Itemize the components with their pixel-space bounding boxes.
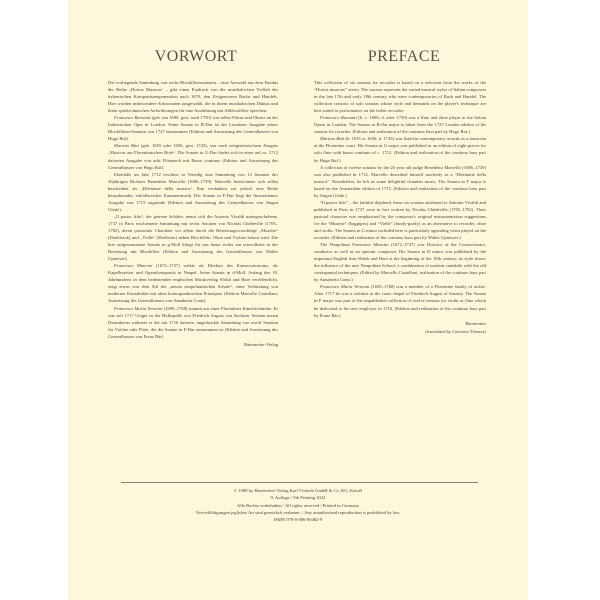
paragraph: Die vorliegende Sammlung von sechs Block… — [108, 79, 278, 114]
imprint: © 1988 by Bärenreiter-Verlag Karl Vötter… — [68, 487, 528, 523]
composer-name: Francesco Maria Veracini — [320, 284, 369, 289]
paragraph-text: A collection of twelve sonatas by the 26… — [314, 165, 486, 198]
paragraph: Francesco Barsanti (geb. um 1690, gest. … — [108, 114, 278, 142]
paragraph: “Il pastor fido” – the faithful shepherd… — [314, 199, 486, 241]
preface-page: VORWORT PREFACE Die vorliegende Sammlung… — [68, 0, 528, 600]
paragraph-text: “Il pastor fido” – the faithful shepherd… — [314, 200, 486, 240]
paragraph-text: The Neapolitan Francesco Mancini (1672–1… — [314, 242, 486, 282]
signature: Bärenreiter-Verlag — [108, 341, 278, 348]
paragraph: Martino Bitti (geb. 1655 oder 1656, gest… — [108, 142, 278, 170]
composer-name: Francesco Maria Veracini — [114, 306, 163, 311]
paragraph-text: Die vorliegende Sammlung von sechs Block… — [108, 80, 278, 113]
paragraph: Francesco Maria Veracini (1690–1768) was… — [314, 283, 486, 318]
heading-vorwort: VORWORT — [106, 48, 286, 66]
paragraph: Francesco Maria Veracini (1690–1768) sta… — [108, 305, 278, 340]
composer-name: Francesco Barsanti — [320, 115, 357, 120]
paragraph: The Neapolitan Francesco Mancini (1672–1… — [314, 241, 486, 283]
imprint-line: 9. Auflage / 9th Printing 2022 — [68, 494, 528, 501]
divider-rule — [121, 482, 478, 483]
composer-name: Martino Bitti — [320, 136, 344, 141]
composer-name: Francesco Barsanti — [114, 115, 150, 120]
paragraph-text: This collection of six sonatas for recor… — [314, 80, 486, 113]
paragraph: Ebenfalls im Jahr 1712 erschien in Vened… — [108, 171, 278, 213]
imprint-line: ISMN 979-0-006-00482-9 — [68, 516, 528, 523]
paragraph: „Il pastor fido“, der getreue Schäfer, n… — [108, 213, 278, 262]
paragraph: Francesco Mancini (1672–1737) wirkte als… — [108, 262, 278, 304]
signature: Bärenreiter — [314, 320, 486, 327]
german-column: Die vorliegende Sammlung von sechs Block… — [108, 79, 278, 348]
composer-name: Martino Bitti — [114, 143, 139, 148]
translator-credit: (translated by Catriona Thomas) — [314, 328, 486, 335]
imprint-line: © 1988 by Bärenreiter-Verlag Karl Vötter… — [68, 487, 528, 494]
paragraph-text: „Il pastor fido“, der getreue Schäfer, n… — [108, 214, 278, 261]
paragraph: A collection of twelve sonatas by the 26… — [314, 164, 486, 199]
imprint-line: Vervielfältigungen jeglicher Art sind ge… — [68, 509, 528, 516]
paragraph: Francesco Barsanti (b. c. 1690; d. after… — [314, 114, 486, 135]
paragraph-text: Ebenfalls im Jahr 1712 erschien in Vened… — [108, 172, 278, 212]
paragraph: This collection of six sonatas for recor… — [314, 79, 486, 114]
imprint-line: Alle Rechte vorbehalten / All rights res… — [68, 502, 528, 509]
composer-name: Francesco Mancini — [114, 263, 152, 268]
paragraph: Martino Bitti (b. 1655 or 1656; d. 1743)… — [314, 135, 486, 163]
heading-preface: PREFACE — [314, 48, 494, 66]
english-column: This collection of six sonatas for recor… — [314, 79, 486, 335]
paragraph-text: (1672–1737) wirkte als Direktor des Kons… — [108, 263, 278, 303]
